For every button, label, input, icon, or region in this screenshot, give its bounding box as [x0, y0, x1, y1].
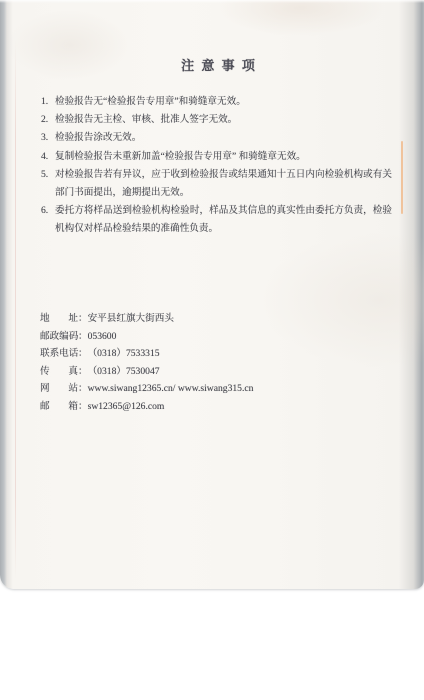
contact-value: sw12365@126.com: [88, 398, 165, 416]
notice-item: 5.对检验报告若有异议，应于收到检验报告或结果通知十五日内向检验机构或有关部门书…: [41, 166, 392, 202]
contact-row: 邮箱：sw12365@126.com: [40, 398, 370, 416]
notice-number: 1.: [41, 93, 55, 111]
contact-row: 地址：安平县红旗大街西头: [40, 310, 370, 328]
contact-colon: ：: [78, 363, 88, 381]
notice-text: 对检验报告若有异议，应于收到检验报告或结果通知十五日内向检验机构或有关部门书面提…: [55, 166, 392, 202]
notice-item: 3.检验报告涂改无效。: [41, 129, 392, 147]
notice-list: 1.检验报告无“检验报告专用章”和骑缝章无效。2.检验报告无主检、审核、批准人签…: [41, 93, 392, 239]
contact-row: 联系电话：（0318）7533315: [40, 345, 370, 363]
notice-number: 5.: [41, 166, 55, 184]
notice-item: 6.委托方将样品送到检验机构检验时，样品及其信息的真实性由委托方负责，检验机构仅…: [41, 202, 392, 238]
contact-colon: ：: [78, 345, 88, 363]
notice-number: 2.: [41, 111, 55, 129]
contact-value: 053600: [88, 328, 117, 346]
contact-colon: ：: [78, 380, 88, 398]
notice-text: 复制检验报告未重新加盖“检验报告专用章” 和骑缝章无效。: [55, 148, 392, 166]
notice-item: 1.检验报告无“检验报告专用章”和骑缝章无效。: [41, 93, 392, 111]
contact-colon: ：: [78, 328, 88, 346]
contact-value: （0318）7533315: [88, 345, 160, 363]
notice-item: 4.复制检验报告未重新加盖“检验报告专用章” 和骑缝章无效。: [41, 148, 392, 166]
notice-number: 4.: [41, 148, 55, 166]
document-title: 注 意 事 项: [0, 55, 424, 74]
contact-colon: ：: [78, 398, 88, 416]
notice-item: 2.检验报告无主检、审核、批准人签字无效。: [41, 111, 392, 129]
notice-text: 检验报告无“检验报告专用章”和骑缝章无效。: [55, 93, 392, 111]
contact-row: 传真：（0318）7530047: [40, 363, 370, 381]
contact-info: 地址：安平县红旗大街西头邮政编码：053600联系电话：（0318）753331…: [40, 310, 370, 416]
fold-line-right: [401, 141, 403, 214]
notice-text: 检验报告涂改无效。: [55, 129, 392, 147]
contact-row: 邮政编码：053600: [40, 328, 370, 346]
scan-page: 注 意 事 项 1.检验报告无“检验报告专用章”和骑缝章无效。2.检验报告无主检…: [0, 0, 424, 589]
notice-number: 6.: [41, 202, 55, 220]
notice-text: 委托方将样品送到检验机构检验时，样品及其信息的真实性由委托方负责，检验机构仅对样…: [55, 202, 392, 238]
fold-line-left: [15, 40, 16, 580]
contact-colon: ：: [78, 310, 88, 328]
contact-label: 邮政编码: [40, 328, 78, 346]
scanned-document-view: 注 意 事 项 1.检验报告无“检验报告专用章”和骑缝章无效。2.检验报告无主检…: [0, 0, 424, 700]
contact-label: 传真: [40, 363, 78, 381]
contact-row: 网站：www.siwang12365.cn/ www.siwang315.cn: [40, 380, 370, 398]
contact-value: 安平县红旗大街西头: [88, 310, 174, 328]
contact-value: （0318）7530047: [88, 363, 160, 381]
notice-number: 3.: [41, 129, 55, 147]
contact-value: www.siwang12365.cn/ www.siwang315.cn: [88, 380, 254, 398]
contact-label: 联系电话: [40, 345, 78, 363]
contact-label: 网站: [40, 380, 78, 398]
notice-text: 检验报告无主检、审核、批准人签字无效。: [55, 111, 392, 129]
contact-label: 邮箱: [40, 398, 78, 416]
contact-label: 地址: [40, 310, 78, 328]
